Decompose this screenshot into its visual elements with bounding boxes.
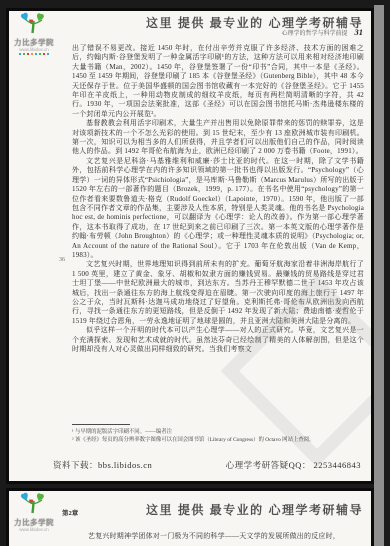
paragraph: 文艺复兴是尼科洛·马基雅维利和威廉·莎士比亚的时代。在这一时期，除了文学书籍外，… [72, 157, 364, 260]
next-page-first-line: 艺复兴时期神学团体对一门极为不同的科学——天文学的发展所做出的反应时， [88, 531, 365, 541]
page-footer: 资料下载：bbs.libidos.cn 心理学考研答疑QQ： 225344684… [53, 459, 361, 471]
running-head-title: 心理学的哲学与科学前提 [281, 31, 347, 37]
footnote: ² 该《圣经》每页的高分辨率数字图像可以在国会图书馆（Library of Co… [72, 436, 364, 444]
libidos-logo: 力比多学院 www.libidos.cn [9, 492, 59, 532]
logo-title: 力比多学院 [9, 519, 59, 527]
footnotes: ¹ 与早期的泥版活字印刷不同。——编者注 ² 该《圣经》每页的高分辨率数字图像可… [72, 428, 364, 444]
footnote: ¹ 与早期的泥版活字印刷不同。——编者注 [72, 428, 364, 436]
logo-dots-decoration [9, 53, 59, 55]
logo-url: www.libidos.cn [9, 527, 59, 532]
chapter-label: 第2章 [62, 508, 78, 517]
libidos-logo: 力比多学院 www.libidos.cn [9, 12, 59, 55]
paragraph: 基督教教会利用活字印刷术，大量生产并出售用以免除原罪带来的惩罚的赎罪券，这是对该… [72, 119, 364, 157]
footnote-divider [72, 424, 130, 425]
qq-contact-info: 心理学考研答疑QQ： 2253446843 [226, 459, 361, 471]
logo-url: www.libidos.cn [9, 47, 59, 52]
margin-page-number: 36 [59, 257, 65, 263]
coaching-slogan: 这里 提供 最专业的 心理学考研辅导 [146, 501, 363, 518]
document-page-next: 力比多学院 www.libidos.cn 第2章 这里 提供 最专业的 心理学考… [6, 488, 374, 546]
paragraph: 出了错误不易更改。接近 1450 年时，在付出辛劳并克服了许多经济、技术方面的困… [72, 44, 364, 119]
tree-hearts-logo-icon [11, 12, 57, 34]
page-number: 31 [355, 27, 364, 37]
running-head: 心理学的哲学与科学前提31 [281, 27, 363, 37]
scanned-document-frame: 力比多学院 www.libidos.cn 这里 提供 最专业的 心理学考研辅导 … [0, 0, 390, 546]
document-page-31: 力比多学院 www.libidos.cn 这里 提供 最专业的 心理学考研辅导 … [6, 8, 374, 484]
download-info: 资料下载：bbs.libidos.cn [53, 459, 152, 471]
scan-edge-strip [374, 5, 384, 546]
tree-hearts-logo-icon [11, 492, 57, 514]
logo-title: 力比多学院 [9, 39, 59, 47]
